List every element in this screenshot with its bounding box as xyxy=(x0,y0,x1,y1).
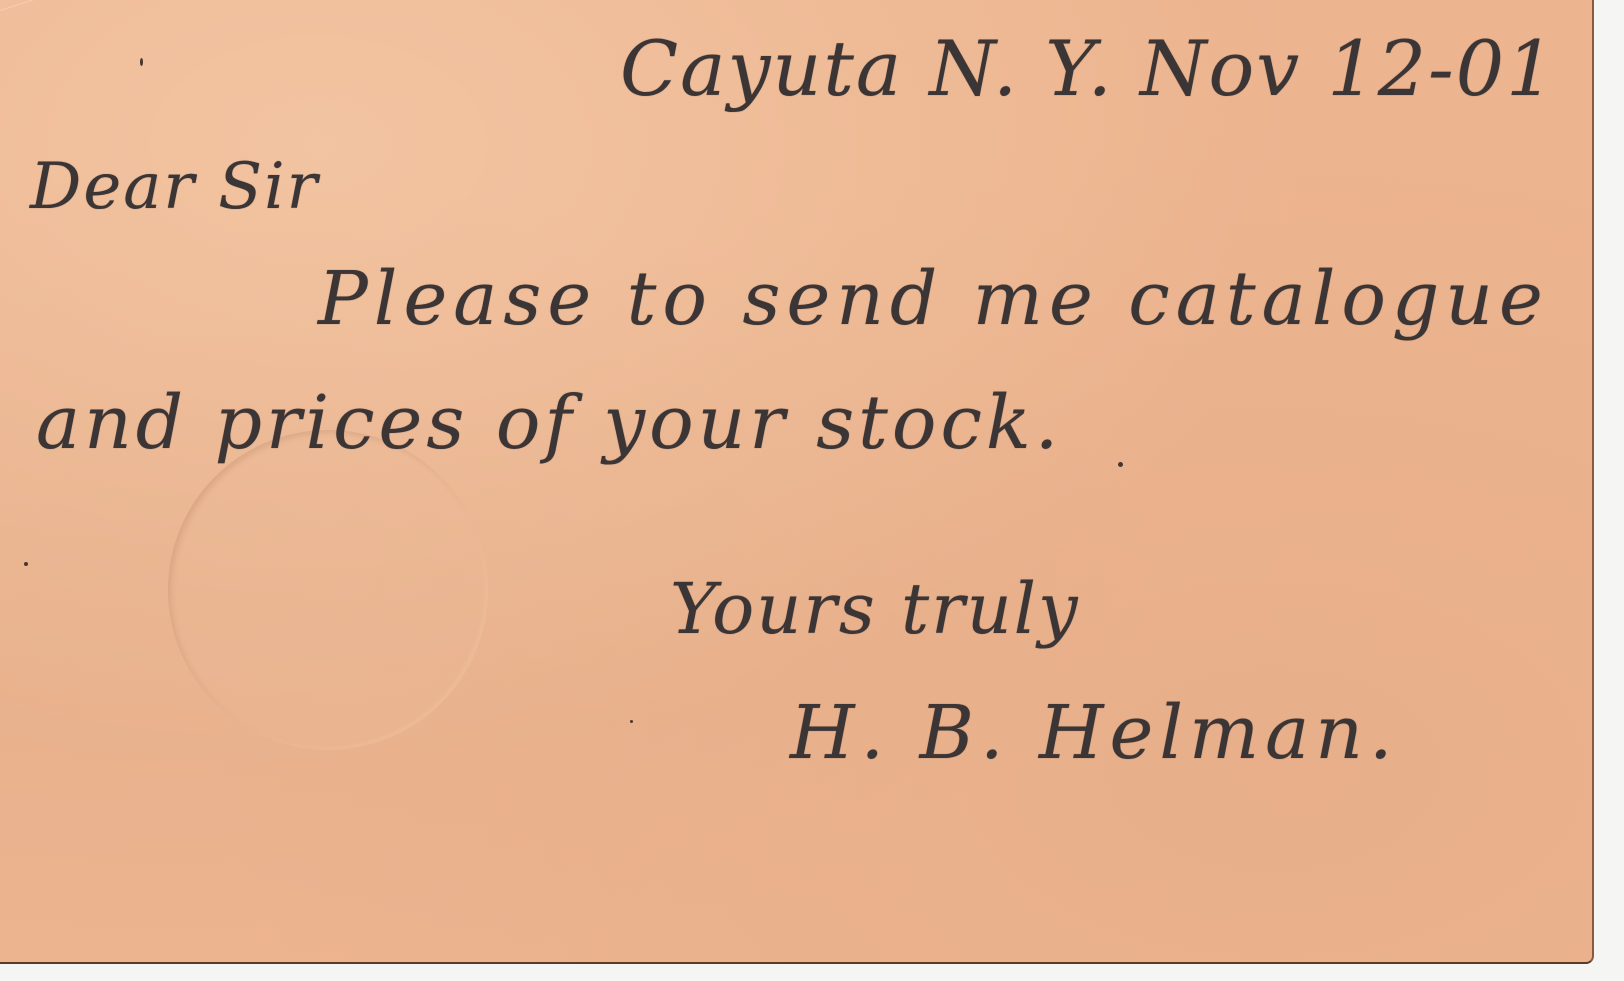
paper-crease xyxy=(0,0,127,49)
salutation: Dear Sir xyxy=(30,150,319,224)
body-line-2: and prices of your stock. xyxy=(36,380,1062,466)
closing: Yours truly xyxy=(670,568,1080,650)
place-date-line: Cayuta N. Y. Nov 12-01 xyxy=(620,24,1556,113)
period-dot xyxy=(1118,462,1123,467)
scan-background: Cayuta N. Y. Nov 12-01 Dear Sir Please t… xyxy=(0,0,1624,981)
body-line-1: Please to send me catalogue xyxy=(318,256,1549,342)
postcard: Cayuta N. Y. Nov 12-01 Dear Sir Please t… xyxy=(0,0,1594,964)
ink-speck xyxy=(24,562,28,566)
ink-speck xyxy=(630,720,633,723)
embossed-stamp-circle xyxy=(168,430,488,750)
signature: H. B. Helman. xyxy=(790,690,1398,776)
ink-speck xyxy=(140,58,143,66)
